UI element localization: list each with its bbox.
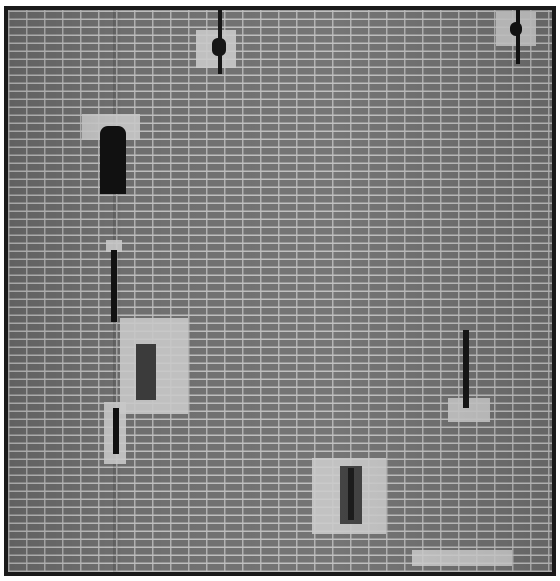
window-3-slit [348, 468, 354, 520]
slit-1 [111, 250, 117, 322]
fixture-top [212, 38, 226, 56]
window-1 [100, 126, 126, 194]
window-2 [136, 344, 156, 400]
rod-top [218, 10, 222, 74]
base-patch [412, 550, 512, 566]
stone-surround-window-3 [312, 458, 386, 534]
stone-surround-slit-1 [106, 240, 122, 252]
stone-surround-top-right [496, 12, 536, 46]
stone-surround-window-1 [82, 114, 140, 140]
slit-2 [113, 408, 119, 454]
brick-wall [8, 10, 552, 572]
stone-surround-slit-3 [448, 398, 490, 422]
slit-3 [463, 330, 469, 408]
rod-top-right [516, 10, 520, 64]
stone-surround-window-2 [120, 318, 188, 414]
wall-corner-shadow [113, 10, 121, 572]
fixture-top-right [510, 22, 522, 36]
stone-surround-top [196, 30, 236, 68]
window-3 [340, 466, 362, 524]
stone-surround-slit-2 [104, 402, 126, 464]
